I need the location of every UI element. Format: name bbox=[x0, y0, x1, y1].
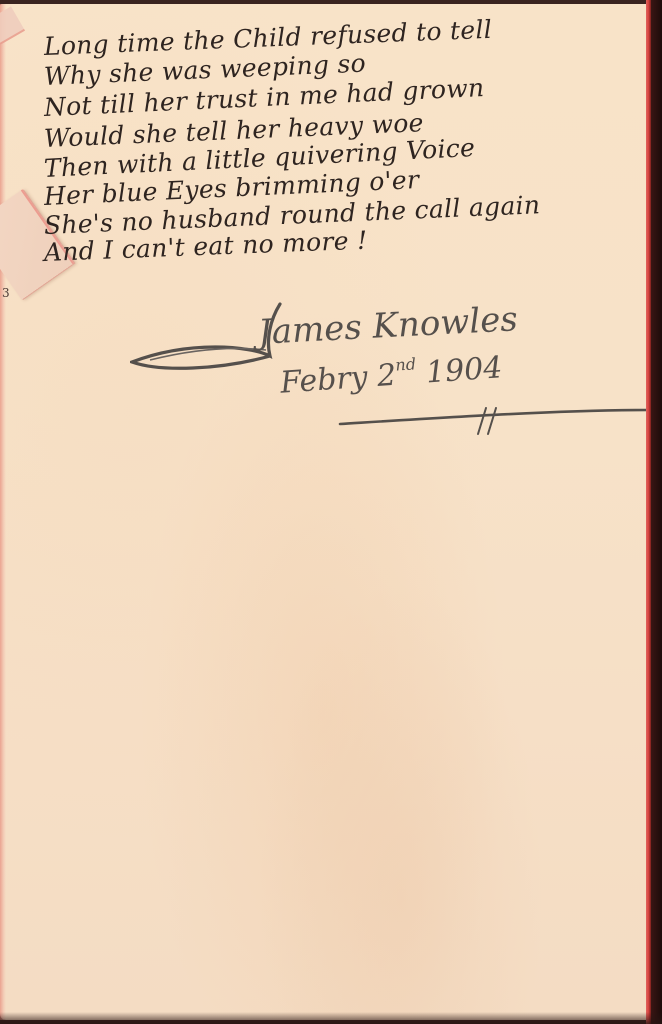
paper-scrap-top bbox=[0, 6, 25, 45]
scrap-glyph: 3 bbox=[2, 286, 10, 300]
signature-date: Febry 2nd 1904 bbox=[279, 348, 504, 400]
page-bottom-shadow bbox=[0, 1012, 662, 1024]
signature-underline-icon bbox=[336, 398, 656, 438]
handwritten-verse: Long time the Child refused to tell Why … bbox=[44, 30, 644, 270]
page-left-edge bbox=[0, 4, 6, 1020]
scanned-page: 3 Long time the Child refused to tell Wh… bbox=[0, 0, 662, 1024]
date-year: 1904 bbox=[425, 350, 504, 390]
date-suffix: nd bbox=[395, 354, 417, 374]
signature-block: James Knowles Febry 2nd 1904 bbox=[130, 300, 630, 440]
signature-name: James Knowles bbox=[257, 299, 519, 353]
album-page: 3 Long time the Child refused to tell Wh… bbox=[0, 4, 646, 1020]
date-day: Febry 2 bbox=[279, 358, 397, 401]
book-edge-dark bbox=[651, 0, 662, 1024]
